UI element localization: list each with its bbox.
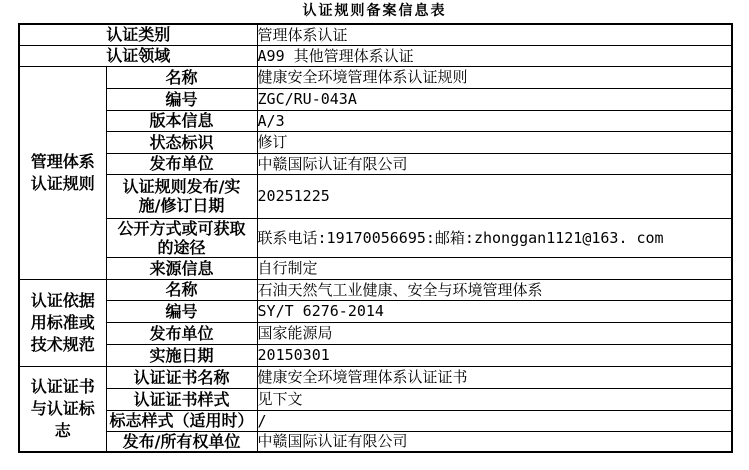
field-value: A/3 bbox=[257, 110, 732, 131]
field-value: / bbox=[257, 410, 732, 431]
field-label: 名称 bbox=[106, 66, 257, 88]
table-row: 来源信息 自行制定 bbox=[19, 257, 732, 279]
field-label: 来源信息 bbox=[106, 257, 257, 279]
field-value: 联系电话:19170056695:邮箱:zhonggan1121@163. co… bbox=[257, 218, 732, 257]
field-label: 发布单位 bbox=[106, 153, 257, 174]
field-label: 认证证书名称 bbox=[106, 366, 257, 388]
table-row: 发布单位 国家能源局 bbox=[19, 322, 732, 344]
field-label: 认证领域 bbox=[19, 45, 257, 66]
document-page: 认证规则备案信息表 认证类别 管理体系认证 认证领域 A99 其他管理体系认证 … bbox=[0, 0, 749, 470]
table-row: 发布/所有权单位 中赣国际认证有限公司 bbox=[19, 431, 732, 452]
filing-info-table: 认证类别 管理体系认证 认证领域 A99 其他管理体系认证 管理体系 认证规则 … bbox=[18, 23, 733, 453]
table-row: 发布单位 中赣国际认证有限公司 bbox=[19, 153, 732, 174]
table-row: 认证类别 管理体系认证 bbox=[19, 24, 732, 45]
field-label: 认证证书样式 bbox=[106, 388, 257, 410]
field-value: 石油天然气工业健康、安全与环境管理体系 bbox=[257, 279, 732, 300]
table-row: 编号 SY/T 6276-2014 bbox=[19, 300, 732, 322]
table-row: 编号 ZGC/RU-043A bbox=[19, 88, 732, 110]
group-label: 管理体系 认证规则 bbox=[19, 66, 106, 279]
field-value: 健康安全环境管理体系认证证书 bbox=[257, 366, 732, 388]
field-value: ZGC/RU-043A bbox=[257, 88, 732, 110]
field-value: A99 其他管理体系认证 bbox=[257, 45, 732, 66]
field-label: 公开方式或可获取 的途径 bbox=[106, 218, 257, 257]
table-row: 认证证书 与认证标 志 认证证书名称 健康安全环境管理体系认证证书 bbox=[19, 366, 732, 388]
field-value: 自行制定 bbox=[257, 257, 732, 279]
field-label: 编号 bbox=[106, 300, 257, 322]
field-value: 20150301 bbox=[257, 344, 732, 366]
table-row: 版本信息 A/3 bbox=[19, 110, 732, 131]
field-value: SY/T 6276-2014 bbox=[257, 300, 732, 322]
table-row: 认证依据 用标准或 技术规范 名称 石油天然气工业健康、安全与环境管理体系 bbox=[19, 279, 732, 300]
table-row: 认证规则发布/实 施/修订日期 20251225 bbox=[19, 174, 732, 218]
field-value: 中赣国际认证有限公司 bbox=[257, 431, 732, 452]
field-label: 实施日期 bbox=[106, 344, 257, 366]
field-label: 编号 bbox=[106, 88, 257, 110]
field-value: 管理体系认证 bbox=[257, 24, 732, 45]
table-row: 管理体系 认证规则 名称 健康安全环境管理体系认证规则 bbox=[19, 66, 732, 88]
field-label: 状态标识 bbox=[106, 131, 257, 153]
field-value: 健康安全环境管理体系认证规则 bbox=[257, 66, 732, 88]
field-value: 修订 bbox=[257, 131, 732, 153]
page-title: 认证规则备案信息表 bbox=[0, 2, 749, 20]
field-value: 国家能源局 bbox=[257, 322, 732, 344]
field-value: 中赣国际认证有限公司 bbox=[257, 153, 732, 174]
table-row: 状态标识 修订 bbox=[19, 131, 732, 153]
table-row: 标志样式（适用时） / bbox=[19, 410, 732, 431]
field-label: 版本信息 bbox=[106, 110, 257, 131]
group-label: 认证依据 用标准或 技术规范 bbox=[19, 279, 106, 366]
table-row: 认证证书样式 见下文 bbox=[19, 388, 732, 410]
table-row: 实施日期 20150301 bbox=[19, 344, 732, 366]
table-row: 公开方式或可获取 的途径 联系电话:19170056695:邮箱:zhongga… bbox=[19, 218, 732, 257]
field-value: 20251225 bbox=[257, 174, 732, 218]
field-label: 发布单位 bbox=[106, 322, 257, 344]
group-label: 认证证书 与认证标 志 bbox=[19, 366, 106, 452]
field-label: 认证规则发布/实 施/修订日期 bbox=[106, 174, 257, 218]
table-row: 认证领域 A99 其他管理体系认证 bbox=[19, 45, 732, 66]
field-label: 认证类别 bbox=[19, 24, 257, 45]
field-label: 发布/所有权单位 bbox=[106, 431, 257, 452]
field-label: 标志样式（适用时） bbox=[106, 410, 257, 431]
field-value: 见下文 bbox=[257, 388, 732, 410]
field-label: 名称 bbox=[106, 279, 257, 300]
